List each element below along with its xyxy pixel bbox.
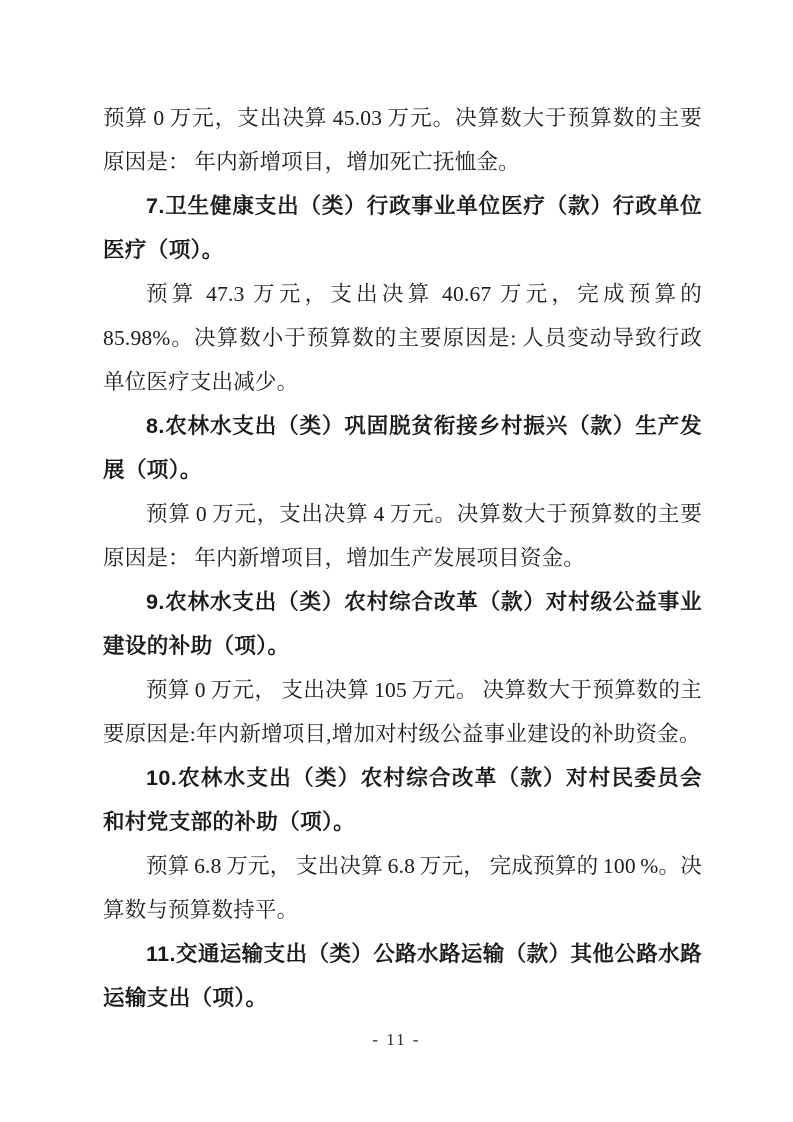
heading-item-9-rural-reform-public-welfare: 9.农林水支出（类）农村综合改革（款）对村级公益事业建设的补助（项）。 [103, 580, 702, 668]
heading-item-10-village-committee-subsidy: 10.农林水支出（类）农村综合改革（款）对村民委员会和村党支部的补助（项）。 [103, 756, 702, 844]
heading-item-7-health-expenditure: 7.卫生健康支出（类）行政事业单位医疗（款）行政单位医疗（项）。 [103, 184, 702, 272]
paragraph-budget-note-item9: 预算 0 万元， 支出决算 105 万元。 决算数大于预算数的主要原因是:年内新… [103, 668, 702, 756]
paragraph-budget-note-item7: 预算 47.3 万元，支出决算 40.67 万元，完成预算的 85.98%。决算… [103, 272, 702, 404]
paragraph-budget-note-item6-continued: 预算 0 万元，支出决算 45.03 万元。决算数大于预算数的主要原因是： 年内… [103, 96, 702, 184]
paragraph-budget-note-item8: 预算 0 万元，支出决算 4 万元。决算数大于预算数的主要原因是： 年内新增项目… [103, 492, 702, 580]
heading-item-8-agriculture-expenditure: 8.农林水支出（类）巩固脱贫衔接乡村振兴（款）生产发展（项）。 [103, 404, 702, 492]
paragraph-budget-note-item10: 预算 6.8 万元， 支出决算 6.8 万元， 完成预算的 100 %。决算数与… [103, 844, 702, 932]
document-text-block: 预算 0 万元，支出决算 45.03 万元。决算数大于预算数的主要原因是： 年内… [103, 96, 702, 1020]
page-number-footer: - 11 - [0, 1030, 793, 1050]
heading-item-11-transport-expenditure: 11.交通运输支出（类）公路水路运输（款）其他公路水路运输支出（项）。 [103, 932, 702, 1020]
document-page: 预算 0 万元，支出决算 45.03 万元。决算数大于预算数的主要原因是： 年内… [0, 0, 793, 1122]
